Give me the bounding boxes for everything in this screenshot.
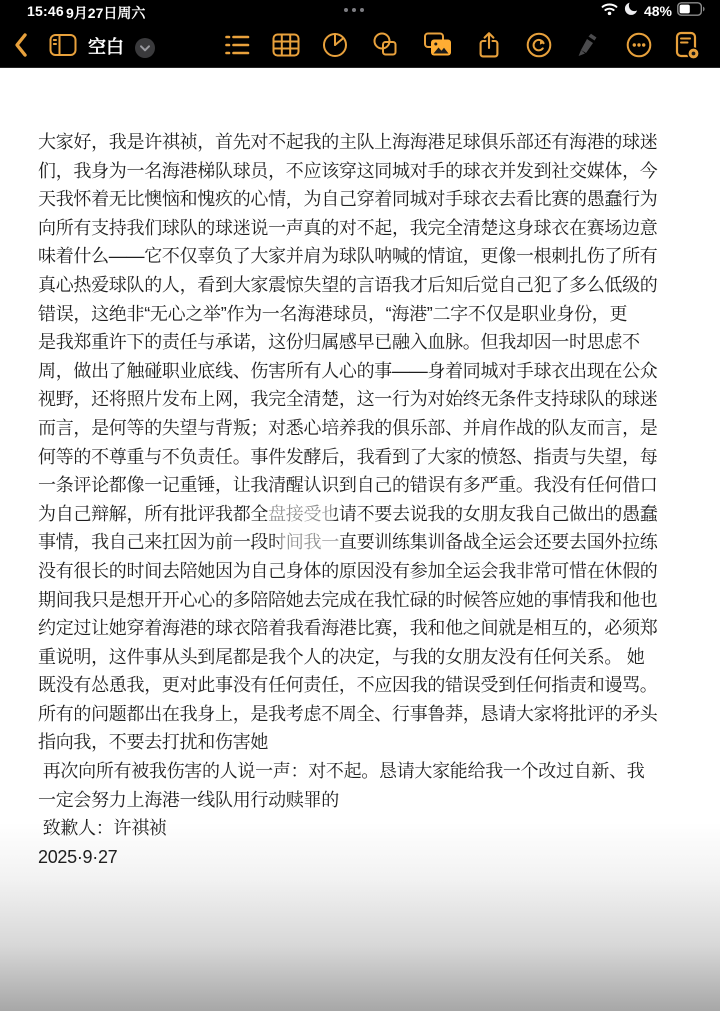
status-time: 15:46 [27,3,64,19]
note-text-line: 是我郑重许下的责任与承诺，这份归属感早已融入血脉。但我却因一时思虑不 [38,328,694,357]
apology-letter-text: 大家好，我是许祺祯，首先对不起我的主队上海海港足球俱乐部还有海港的球迷们，我身为… [38,128,694,871]
photos-button-active[interactable] [421,29,455,61]
sidebar-toggle-button[interactable] [46,29,80,61]
note-text-line: 再次向所有被我伤害的人说一声：对不起。恳请大家能给我一个改过自新、我 [38,757,694,786]
more-button[interactable] [622,29,656,61]
note-text-line: 大家好，我是许祺祯，首先对不起我的主队上海海港足球俱乐部还有海港的球迷 [38,128,694,157]
chevron-down-icon [134,37,156,59]
status-date: 9月27日周六 [66,3,145,23]
note-text-line: 事情，我自己来扛因为前一段时间我一直要训练集训备战全运会还要去国外拉练 [38,528,694,557]
note-text-line: 没有很长的时间去陪她因为自己身体的原因没有参加全运会我非常可惜在休假的 [38,557,694,586]
note-text-line: 指向我，不要去打扰和伤害她 [38,728,694,757]
note-text-line: 期间我只是想开开心心的多陪陪她去完成在我忙碌的时候答应她的事情我和他也 [38,586,694,615]
note-text-line: 为自己辩解，所有批评我都全盘接受也请不要去说我的女朋友我自己做出的愚蠢 [38,500,694,529]
note-text-line: 视野，还将照片发布上网，我完全清楚，这一行为对始终无条件支持球队的球迷 [38,385,694,414]
ipad-notes-screen: { "status_bar": { "time": "15:46", "date… [0,0,720,1011]
note-text-line: 约定过让她穿着海港的球衣陪着我看海港比赛，我和他之间就是相互的，必须郑 [38,614,694,643]
chart-button[interactable] [318,29,352,61]
ellipsis-circle-icon [625,31,653,59]
shapes-button[interactable] [369,29,403,61]
note-title: 空白 [88,33,124,59]
undo-button[interactable] [522,29,556,61]
photos-icon [422,31,454,59]
note-text-line: 何等的不尊重与不负责任。事件发酵后，我看到了大家的愤怒、指责与失望，每 [38,443,694,472]
title-dropdown-button[interactable] [128,32,162,64]
note-text-line: 一条评论都像一记重锤，让我清醒认识到自己的错误有多严重。我没有任何借口 [38,471,694,500]
note-text-line: 所有的问题都出在我身上，是我考虑不周全、行事鲁莽，恳请大家将批评的矛头 [38,700,694,729]
note-text-line: 既没有怂恿我，更对此事没有任何责任，不应因我的错误受到任何指责和谩骂。 [38,671,694,700]
note-text-line: 而言，是何等的失望与背叛；对悉心培养我的俱乐部、并肩作战的队友而言，是 [38,414,694,443]
checklist-button[interactable] [220,29,254,61]
battery-percent: 48% [644,3,672,19]
note-text-line: 真心热爱球队的人，看到大家震惊失望的言语我才后知后觉自己犯了多么低级的 [38,271,694,300]
markup-button-disabled[interactable] [569,29,603,61]
note-view-button[interactable] [669,29,703,61]
note-text-line: 向所有支持我们球队的球迷说一声真的对不起，我完全清楚这身球衣在赛场边意 [38,214,694,243]
note-text-line: 一定会努力上海港一线队用行动赎罪的 [38,786,694,815]
marker-pen-icon [571,30,601,60]
table-icon [271,31,301,59]
note-text-line: 重说明，这件事从头到尾都是我个人的决定，与我的女朋友没有任何关系。 她 [38,643,694,672]
back-button[interactable] [4,29,38,61]
note-text-line: 味着什么——它不仅辜负了大家并肩为球队呐喊的情谊，更像一根刺扎伤了所有 [38,242,694,271]
checklist-icon [223,31,251,59]
note-canvas[interactable]: 大家好，我是许祺祯，首先对不起我的主队上海海港足球俱乐部还有海港的球迷们，我身为… [0,68,720,1011]
share-button[interactable] [472,29,506,61]
sidebar-icon [48,31,78,59]
notes-toolbar: 空白 [0,22,720,68]
blur-smudge-overlay [268,503,334,524]
note-text-line: 致歉人：许祺祯 [38,814,694,843]
table-button[interactable] [269,29,303,61]
undo-icon [525,31,553,59]
share-icon [475,30,503,60]
wifi-icon [600,1,619,21]
blur-smudge-overlay [280,531,340,552]
note-text-line: 错误，这绝非“无心之举”作为一名海港球员，“海港”二字不仅是职业身份，更 [38,300,694,329]
shapes-icon [372,31,400,59]
chevron-left-icon [11,31,31,59]
moon-dnd-icon [624,1,639,21]
note-text-line: 周，做出了触碰职业底线、伤害所有人心的事——身着同城对手球衣出现在公众 [38,357,694,386]
battery-icon [677,2,706,21]
multitask-dots-icon [344,8,364,12]
note-badge-icon [671,30,701,60]
note-text-line: 天我怀着无比懊恼和愧疚的心情，为自己穿着同城对手球衣去看比赛的愚蠢行为 [38,185,694,214]
status-bar: 15:46 9月27日周六 48% [0,0,720,22]
note-text-line: 们，我身为一名海港梯队球员，不应该穿这同城对手的球衣并发到社交媒体，今 [38,157,694,186]
pie-chart-icon [321,31,349,59]
status-right-cluster: 48% [600,2,706,20]
note-text-line: 2025·9·27 [38,843,694,872]
